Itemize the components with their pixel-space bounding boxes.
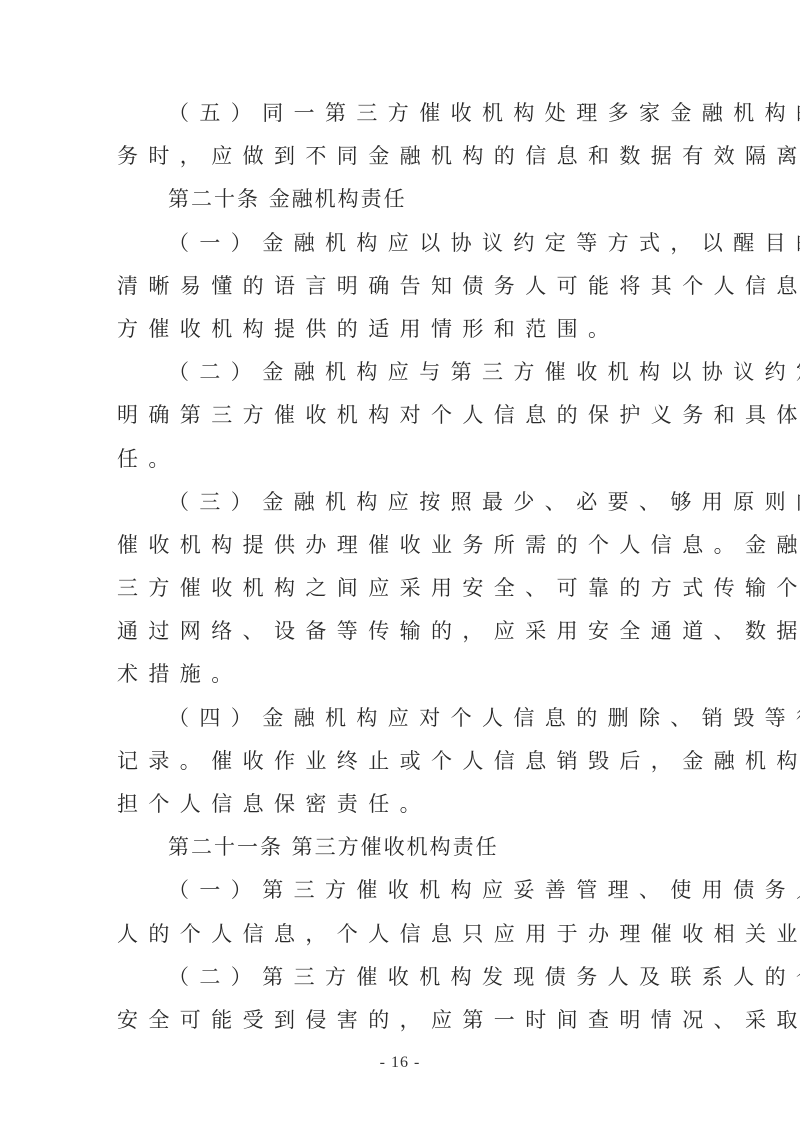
- article-20-heading: 第二十条 金融机构责任: [117, 178, 697, 221]
- article-20-item-2-line-1: （二）金融机构应与第三方催收机构以协议约定方式，: [117, 351, 697, 394]
- document-page: （五）同一第三方催收机构处理多家金融机构的催收业 务时，应做到不同金融机构的信息…: [117, 92, 697, 1042]
- article-20-item-3-line-3: 三方催收机构之间应采用安全、可靠的方式传输个人信息，: [117, 567, 697, 610]
- paragraph-5-line-2: 务时，应做到不同金融机构的信息和数据有效隔离。: [117, 135, 697, 178]
- article-21-item-1-line-2: 人的个人信息，个人信息只应用于办理催收相关业务。: [117, 913, 697, 956]
- article-20-item-3-line-4: 通过网络、设备等传输的，应采用安全通道、数据加密等技: [117, 610, 697, 653]
- article-20-item-1-line-3: 方催收机构提供的适用情形和范围。: [117, 308, 697, 351]
- article-20-item-1-line-1: （一）金融机构应以协议约定等方式，以醒目的方式、: [117, 222, 697, 265]
- article-20-item-4-line-1: （四）金融机构应对个人信息的删除、销毁等行为进行: [117, 697, 697, 740]
- page-number: - 16 -: [0, 1054, 800, 1072]
- article-21-heading: 第二十一条 第三方催收机构责任: [117, 826, 697, 869]
- article-21-item-2-line-2: 安全可能受到侵害的，应第一时间查明情况、采取补救措施: [117, 999, 697, 1042]
- article-20-item-3-line-1: （三）金融机构应按照最少、必要、够用原则向第三方: [117, 481, 697, 524]
- article-21-item-1-line-1: （一）第三方催收机构应妥善管理、使用债务人及联系: [117, 869, 697, 912]
- article-21-item-2-line-1: （二）第三方催收机构发现债务人及联系人的个人信息: [117, 956, 697, 999]
- article-20-item-3-line-5: 术措施。: [117, 653, 697, 696]
- paragraph-5-line-1: （五）同一第三方催收机构处理多家金融机构的催收业: [117, 92, 697, 135]
- article-20-item-2-line-3: 任。: [117, 438, 697, 481]
- article-20-item-1-line-2: 清晰易懂的语言明确告知债务人可能将其个人信息向第三: [117, 265, 697, 308]
- article-20-item-4-line-2: 记录。催收作业终止或个人信息销毁后，金融机构应继续承: [117, 740, 697, 783]
- article-20-item-2-line-2: 明确第三方催收机构对个人信息的保护义务和具体违约责: [117, 394, 697, 437]
- article-20-item-3-line-2: 催收机构提供办理催收业务所需的个人信息。金融机构和第: [117, 524, 697, 567]
- article-20-item-4-line-3: 担个人信息保密责任。: [117, 783, 697, 826]
